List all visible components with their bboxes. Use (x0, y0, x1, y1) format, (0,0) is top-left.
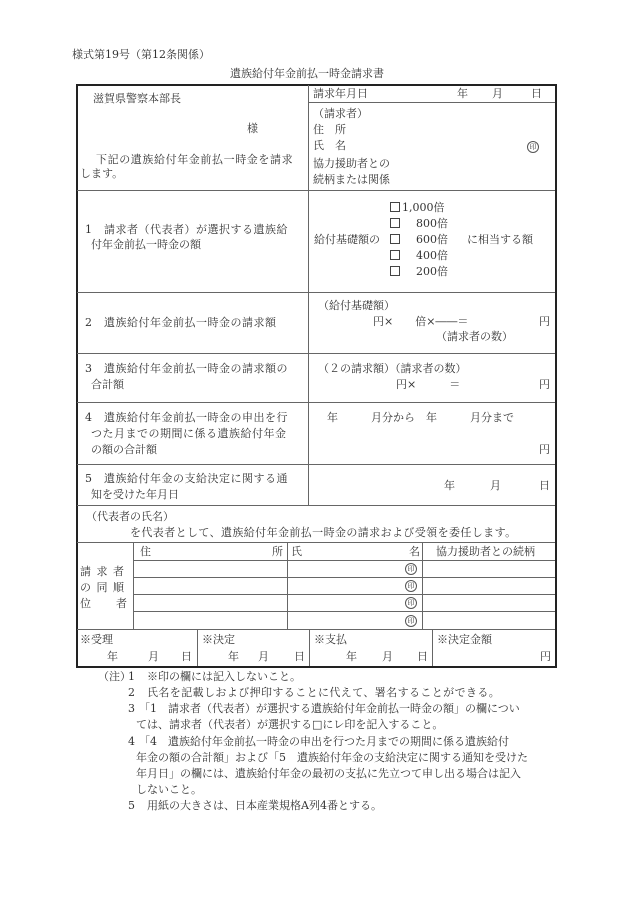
receipt-label: ※受理 (80, 633, 113, 646)
request-date-year[interactable]: 年 (457, 87, 468, 100)
note-3-num: 3 (128, 702, 135, 715)
seal-icon: 印 (405, 615, 417, 627)
row3-address[interactable] (134, 595, 286, 611)
item2-yen: 円 (539, 315, 550, 328)
same-rank-label-3: 位 者 (80, 597, 128, 610)
option-800[interactable]: 800倍 (390, 217, 448, 230)
option-1000[interactable]: 1,000倍 (390, 201, 445, 214)
item1-label: 1 請求者（代表者）が選択する遺族給 (85, 223, 288, 236)
divider (77, 353, 555, 354)
item4-yen: 円 (539, 443, 550, 456)
divider (308, 102, 555, 103)
relation-label: 協力援助者との (313, 157, 390, 170)
note-1-num: 1 (128, 670, 135, 683)
header-address-a: 住 (140, 545, 151, 558)
request-date-day[interactable]: 日 (531, 87, 542, 100)
divider (77, 505, 555, 506)
request-date-label: 請求年月日 (313, 87, 368, 100)
item1-label-cont: 付年金前払一時金の額 (91, 238, 201, 251)
row2-address[interactable] (134, 578, 286, 594)
item5-label-cont: 知を受けた年月日 (91, 488, 179, 501)
notes-prefix: （注） (98, 670, 131, 683)
item5-month[interactable]: 月 (490, 479, 501, 492)
note-5-num: 5 (128, 799, 135, 812)
note-3-line1: 「1 請求者（代表者）が選択する遺族給付年金前払一時金の額」の欄につい (139, 702, 520, 715)
seal-icon: 印 (405, 580, 417, 592)
item2-top-note: （給付基礎額） (318, 299, 395, 312)
option-600[interactable]: 600倍 (390, 233, 448, 246)
relation-label-cont[interactable]: 続柄または関係 (313, 173, 390, 186)
divider (197, 629, 198, 666)
item4-label-cont2: の額の合計額 (91, 443, 157, 456)
item3-yen: 円 (539, 378, 550, 391)
divider (77, 464, 555, 465)
item3-label-cont: 合計額 (91, 378, 124, 391)
divider (77, 629, 555, 630)
note-4-line1: 「4 遺族給付年金前払一時金の申出を行つた月までの期間に係る遺族給付 (139, 735, 509, 748)
item4-label-cont: つた月までの期間に係る遺族給付年金 (91, 427, 287, 440)
seal-icon: 印 (405, 597, 417, 609)
row3-name[interactable]: 印 (288, 595, 421, 611)
payment-month: 月 (382, 650, 393, 663)
row4-relation[interactable] (423, 612, 555, 629)
item5-label: 5 遺族給付年金の支給決定に関する通 (85, 472, 288, 485)
decision-day: 日 (294, 650, 305, 663)
row2-relation[interactable] (423, 578, 555, 594)
header-relation: 協力援助者との続柄 (436, 545, 535, 558)
request-statement-cont: します。 (80, 167, 123, 180)
note-3-line2: ては、請求者（代表者）が選択する□にレ印を記入すること。 (136, 718, 443, 731)
divider (77, 292, 555, 293)
item5-year[interactable]: 年 (444, 479, 455, 492)
receipt-year: 年 (107, 650, 118, 663)
divider (77, 402, 555, 403)
delegation-statement: を代表者として、遺族給付年金前払一時金の請求および受領を委任します。 (130, 526, 517, 539)
decision-label: ※決定 (202, 633, 235, 646)
row1-address[interactable] (134, 561, 286, 577)
divider (77, 542, 555, 543)
honorific: 様 (247, 122, 258, 135)
item2-bottom-note: （請求者の数） (436, 330, 513, 343)
divider (432, 629, 433, 666)
form-title: 遺族給付年金前払一時金請求書 (230, 67, 384, 80)
note-4-num: 4 (128, 735, 135, 748)
same-rank-label: 請 求 者 (80, 565, 125, 578)
checkbox-icon[interactable] (390, 202, 400, 212)
divider (309, 629, 310, 666)
checkbox-icon[interactable] (390, 234, 400, 244)
form-number: 様式第19号（第12条関係） (72, 48, 210, 61)
note-2: 氏名を記載しおよび押印することに代えて、署名することができる。 (147, 686, 500, 699)
payment-year: 年 (346, 650, 357, 663)
row3-relation[interactable] (423, 595, 555, 611)
column-divider (308, 85, 309, 505)
checkbox-icon[interactable] (390, 250, 400, 260)
header-name-a: 氏 (291, 545, 302, 558)
seal-icon: 印 (405, 563, 417, 575)
checkbox-icon[interactable] (390, 266, 400, 276)
seal-icon: 印 (527, 141, 539, 153)
decision-year: 年 (228, 650, 239, 663)
claimant-name-label[interactable]: 氏 名 (313, 139, 346, 152)
row4-name[interactable]: 印 (288, 612, 421, 629)
option-400[interactable]: 400倍 (390, 249, 448, 262)
item1-prefix: 給付基礎額の (314, 233, 380, 246)
note-4-line3: 年月日」の欄には、遺族給付年金の最初の支払に先立つて申し出る場合は記入 (136, 767, 521, 780)
row4-address[interactable] (134, 612, 286, 629)
header-name-b: 名 (409, 545, 420, 558)
receipt-month: 月 (148, 650, 159, 663)
claimant-address-label[interactable]: 住 所 (313, 123, 346, 136)
note-1: ※印の欄には記入しないこと。 (147, 670, 301, 683)
receipt-day: 日 (181, 650, 192, 663)
item3-top-note: （２の請求額）（請求者の数） (318, 362, 467, 375)
payment-day: 日 (417, 650, 428, 663)
item2-label: 2 遺族給付年金前払一時金の請求額 (85, 316, 277, 329)
decided-amount-label: ※決定金額 (437, 633, 492, 646)
row2-name[interactable]: 印 (288, 578, 421, 594)
note-2-num: 2 (128, 686, 135, 699)
row1-relation[interactable] (423, 561, 555, 577)
request-date-month[interactable]: 月 (492, 87, 503, 100)
payment-label: ※支払 (314, 633, 347, 646)
header-address-b: 所 (272, 545, 283, 558)
note-4-line2: 年金の額の合計額」および「5 遺族給付年金の支給決定に関する通知を受けた (136, 751, 528, 764)
item4-period[interactable]: 年 月分から 年 月分まで (327, 411, 514, 424)
checkbox-icon[interactable] (390, 218, 400, 228)
decided-amount-yen: 円 (540, 650, 551, 663)
note-5: 用紙の大きさは、日本産業規格A列4番とする。 (147, 799, 382, 812)
item3-label: 3 遺族給付年金前払一時金の請求額の (85, 362, 288, 375)
same-rank-label-2: の 同 順 (80, 581, 125, 594)
seal-mark: 印 (527, 139, 539, 153)
decision-month: 月 (258, 650, 269, 663)
row1-name[interactable]: 印 (288, 561, 421, 577)
request-statement: 下記の遺族給付年金前払一時金を請求 (96, 153, 293, 166)
addressee-name: 滋賀県警察本部長 (93, 92, 181, 105)
option-200[interactable]: 200倍 (390, 265, 448, 278)
note-4-line4: しないこと。 (136, 783, 202, 796)
item3-formula[interactable]: 円× ＝ (396, 378, 460, 391)
item2-formula[interactable]: 円× 倍×――＝ (373, 315, 468, 328)
item4-label: 4 遺族給付年金前払一時金の申出を行 (85, 411, 288, 424)
claimant-heading: （請求者） (313, 107, 368, 120)
divider (77, 190, 555, 191)
item5-day[interactable]: 日 (539, 479, 550, 492)
item1-suffix: に相当する額 (467, 233, 533, 246)
representative-name-label[interactable]: （代表者の氏名） (86, 510, 174, 523)
